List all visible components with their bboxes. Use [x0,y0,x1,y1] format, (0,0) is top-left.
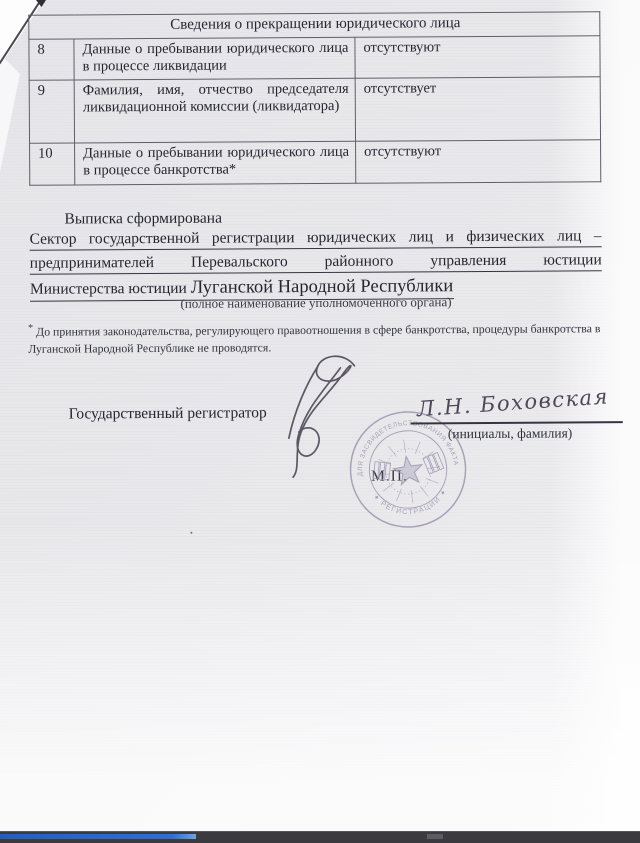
svg-text:✦ РЕГИСТРАЦИИ ✦: ✦ РЕГИСТРАЦИИ ✦ [371,482,452,521]
signature-underline [411,421,623,424]
authority-line-1: Сектор государственной регистрации юриди… [30,227,602,250]
row-number: 9 [29,80,74,143]
document-content: Сведения о прекращении юридического лица… [0,0,640,843]
viewer-progress-thumb[interactable] [0,834,196,839]
row-value: отсутствуют [356,140,601,183]
row-value: отсутствует [355,77,600,141]
scan-speck [190,532,192,534]
row-field: Данные о пребывании юридического лица в … [74,37,355,80]
table-header: Сведения о прекращении юридического лица [29,12,600,39]
initials-caption: (инициалы, фамилия) [448,425,573,442]
handwritten-name: Л.Н. Боховская [416,384,610,421]
viewer-scrollbar-track[interactable] [0,831,640,843]
authority-caption: (полное наименование уполномоченного орг… [30,293,602,312]
registrar-label: Государственный регистратор [69,404,267,423]
row-number: 10 [30,143,75,185]
seal-ring-text-bottom: ✦ РЕГИСТРАЦИИ ✦ [371,482,452,521]
seal-flag-left [373,462,390,480]
row-number: 8 [29,39,74,80]
table-row: 8 Данные о пребывании юридического лица … [29,36,600,80]
seal-flag-right [423,453,444,475]
authority-name-block: Сектор государственной регистрации юриди… [30,227,602,301]
star-icon [392,454,424,485]
table-row: 10 Данные о пребывании юридического лица… [30,140,601,185]
termination-info-table: Сведения о прекращении юридического лица… [28,11,601,185]
table-header-row: Сведения о прекращении юридического лица [29,12,600,39]
authority-line-2: предпринимателей Перевальского районного… [30,251,602,274]
viewer-scroll-marker[interactable] [427,834,443,839]
extract-formed-label: Выписка сформирована [64,210,222,229]
table-row: 9 Фамилия, имя, отчество председателя ли… [29,77,600,143]
row-field: Данные о пребывании юридического лица в … [75,141,356,185]
row-value: отсутствуют [355,36,600,78]
row-field: Фамилия, имя, отчество председателя ликв… [74,78,355,143]
scanned-document-page: Сведения о прекращении юридического лица… [0,0,640,843]
